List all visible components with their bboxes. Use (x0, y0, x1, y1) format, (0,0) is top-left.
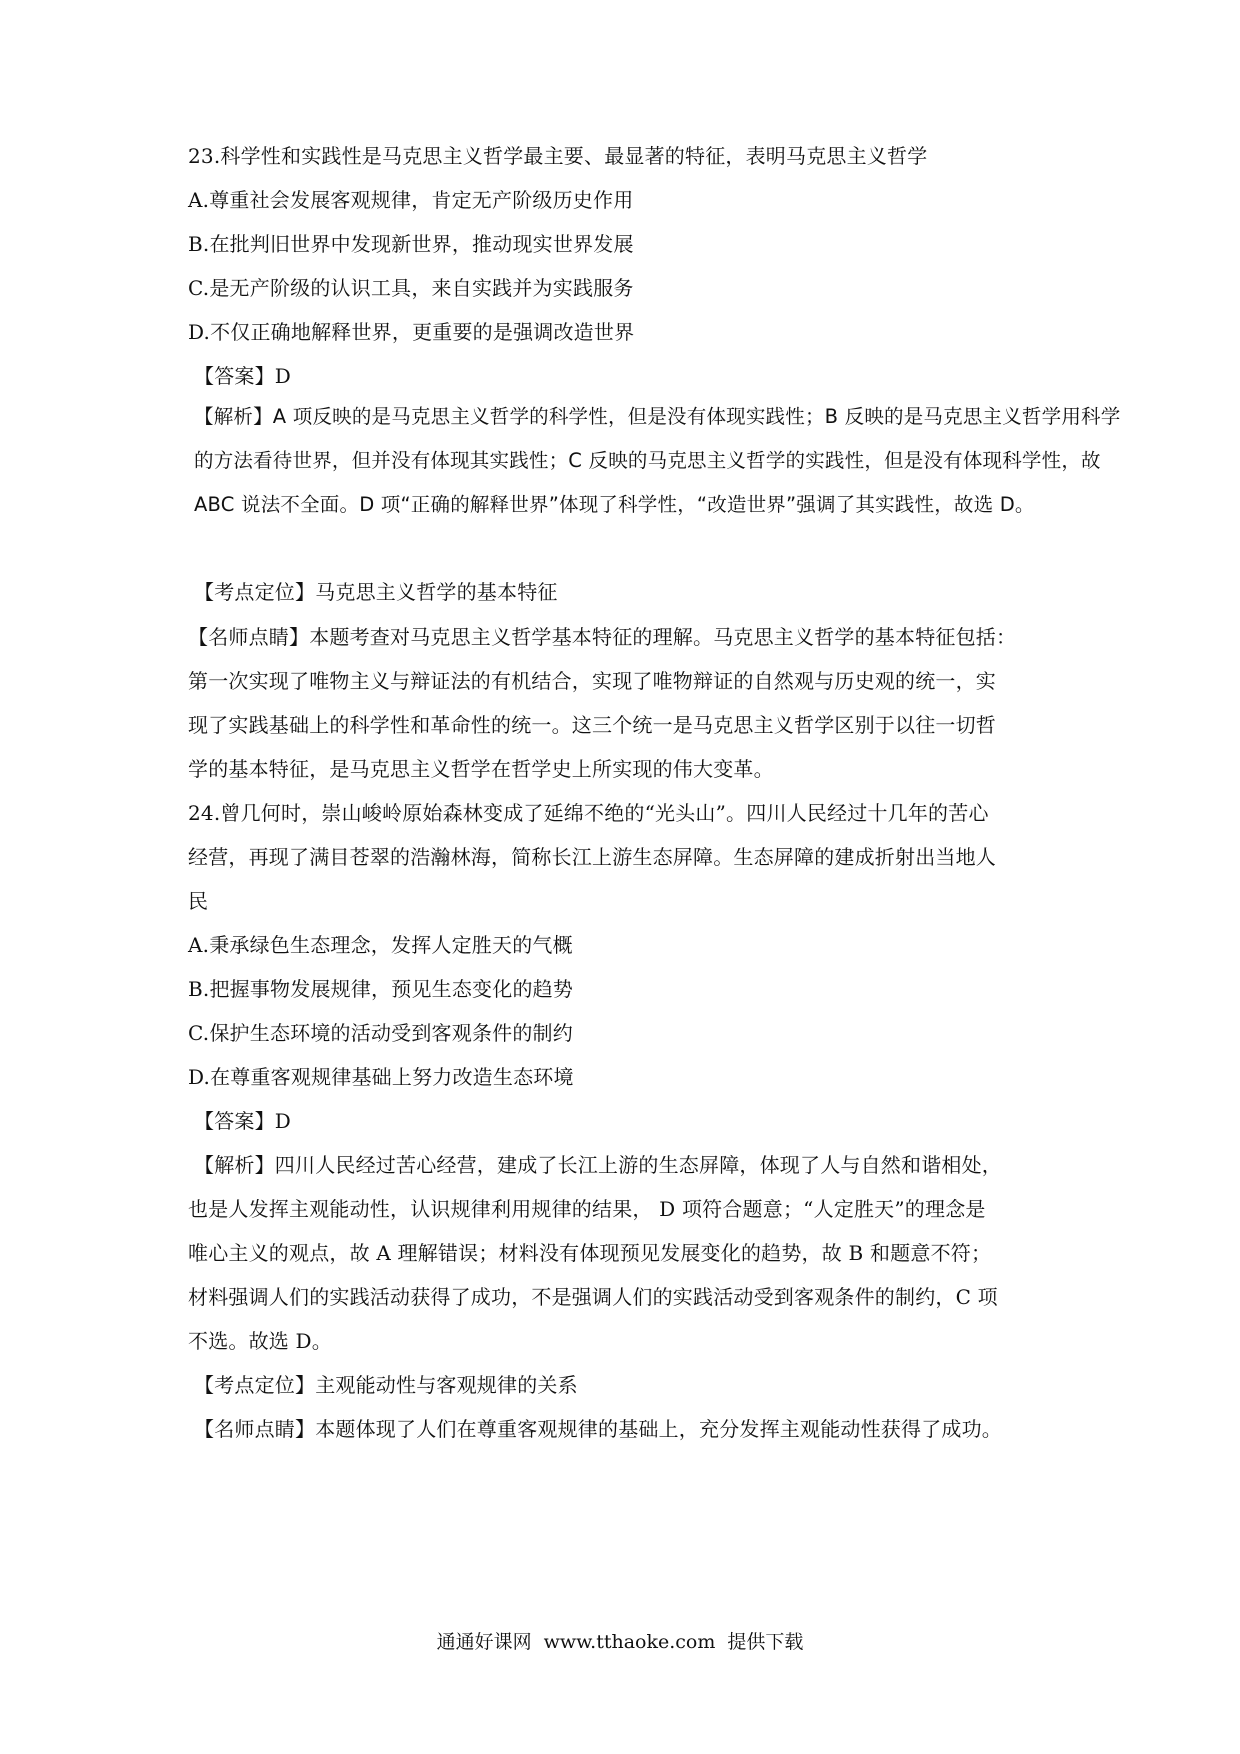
option-b: B.在批判旧世界中发现新世界，推动现实世界发展 (188, 231, 634, 257)
analysis-line: 也是人发挥主观能动性，认识规律利用规律的结果， D 项符合题意；“人定胜天”的理… (188, 1196, 986, 1222)
footer-url[interactable]: www.tthaoke.com (544, 1631, 716, 1653)
analysis-line: ABC 说法不全面。D 项“正确的解释世界”体现了科学性，“改造世界”强调了其实… (194, 492, 1035, 518)
option-a: A.尊重社会发展客观规律，肯定无产阶级历史作用 (188, 187, 633, 213)
analysis-line: 不选。故选 D。 (188, 1328, 332, 1354)
analysis-line: 【解析】A 项反映的是马克思主义哲学的科学性，但是没有体现实践性；B 反映的是马… (194, 404, 1120, 430)
option-d: D.在尊重客观规律基础上努力改造生态环境 (188, 1064, 574, 1090)
answer-label: 【答案】D (194, 1108, 291, 1134)
footer-suffix: 提供下载 (727, 1631, 803, 1653)
question-stem-line: 24.曾几何时，崇山峻岭原始森林变成了延绵不绝的“光头山”。四川人民经过十几年的… (188, 800, 989, 826)
page-footer: 通通好课网www.tthaoke.com提供下载 (0, 1630, 1240, 1654)
key-point: 【考点定位】马克思主义哲学的基本特征 (194, 579, 558, 605)
teacher-comment-line: 学的基本特征，是马克思主义哲学在哲学史上所实现的伟大变革。 (188, 756, 774, 782)
teacher-comment: 【名师点睛】本题体现了人们在尊重客观规律的基础上，充分发挥主观能动性获得了成功。 (194, 1416, 1002, 1442)
option-d: D.不仅正确地解释世界，更重要的是强调改造世界 (188, 319, 634, 345)
option-c: C.是无产阶级的认识工具，来自实践并为实践服务 (188, 275, 634, 301)
teacher-comment-line: 现了实践基础上的科学性和革命性的统一。这三个统一是马克思主义哲学区别于以往一切哲 (188, 712, 996, 738)
footer-site-name: 通通好课网 (437, 1631, 532, 1653)
option-a: A.秉承绿色生态理念，发挥人定胜天的气概 (188, 932, 573, 958)
question-stem-line: 民 (188, 888, 208, 914)
analysis-line: 材料强调人们的实践活动获得了成功，不是强调人们的实践活动受到客观条件的制约，C … (188, 1284, 998, 1310)
question-stem: 23.科学性和实践性是马克思主义哲学最主要、最显著的特征，表明马克思主义哲学 (188, 143, 927, 169)
analysis-line: 的方法看待世界，但并没有体现其实践性；C 反映的马克思主义哲学的实践性，但是没有… (194, 448, 1101, 474)
key-point: 【考点定位】主观能动性与客观规律的关系 (194, 1372, 578, 1398)
option-b: B.把握事物发展规律，预见生态变化的趋势 (188, 976, 573, 1002)
teacher-comment-line: 第一次实现了唯物主义与辩证法的有机结合，实现了唯物辩证的自然观与历史观的统一，实 (188, 668, 996, 694)
question-stem-line: 经营，再现了满目苍翠的浩瀚林海，简称长江上游生态屏障。生态屏障的建成折射出当地人 (188, 844, 996, 870)
option-c: C.保护生态环境的活动受到客观条件的制约 (188, 1020, 573, 1046)
answer-label: 【答案】D (194, 363, 291, 389)
analysis-line: 【解析】四川人民经过苦心经营，建成了长江上游的生态屏障，体现了人与自然和谐相处， (194, 1152, 1002, 1178)
teacher-comment-line: 【名师点睛】本题考查对马克思主义哲学基本特征的理解。马克思主义哲学的基本特征包括… (188, 624, 1016, 650)
analysis-line: 唯心主义的观点，故 A 理解错误；材料没有体现预见发展变化的趋势，故 B 和题意… (188, 1240, 991, 1266)
